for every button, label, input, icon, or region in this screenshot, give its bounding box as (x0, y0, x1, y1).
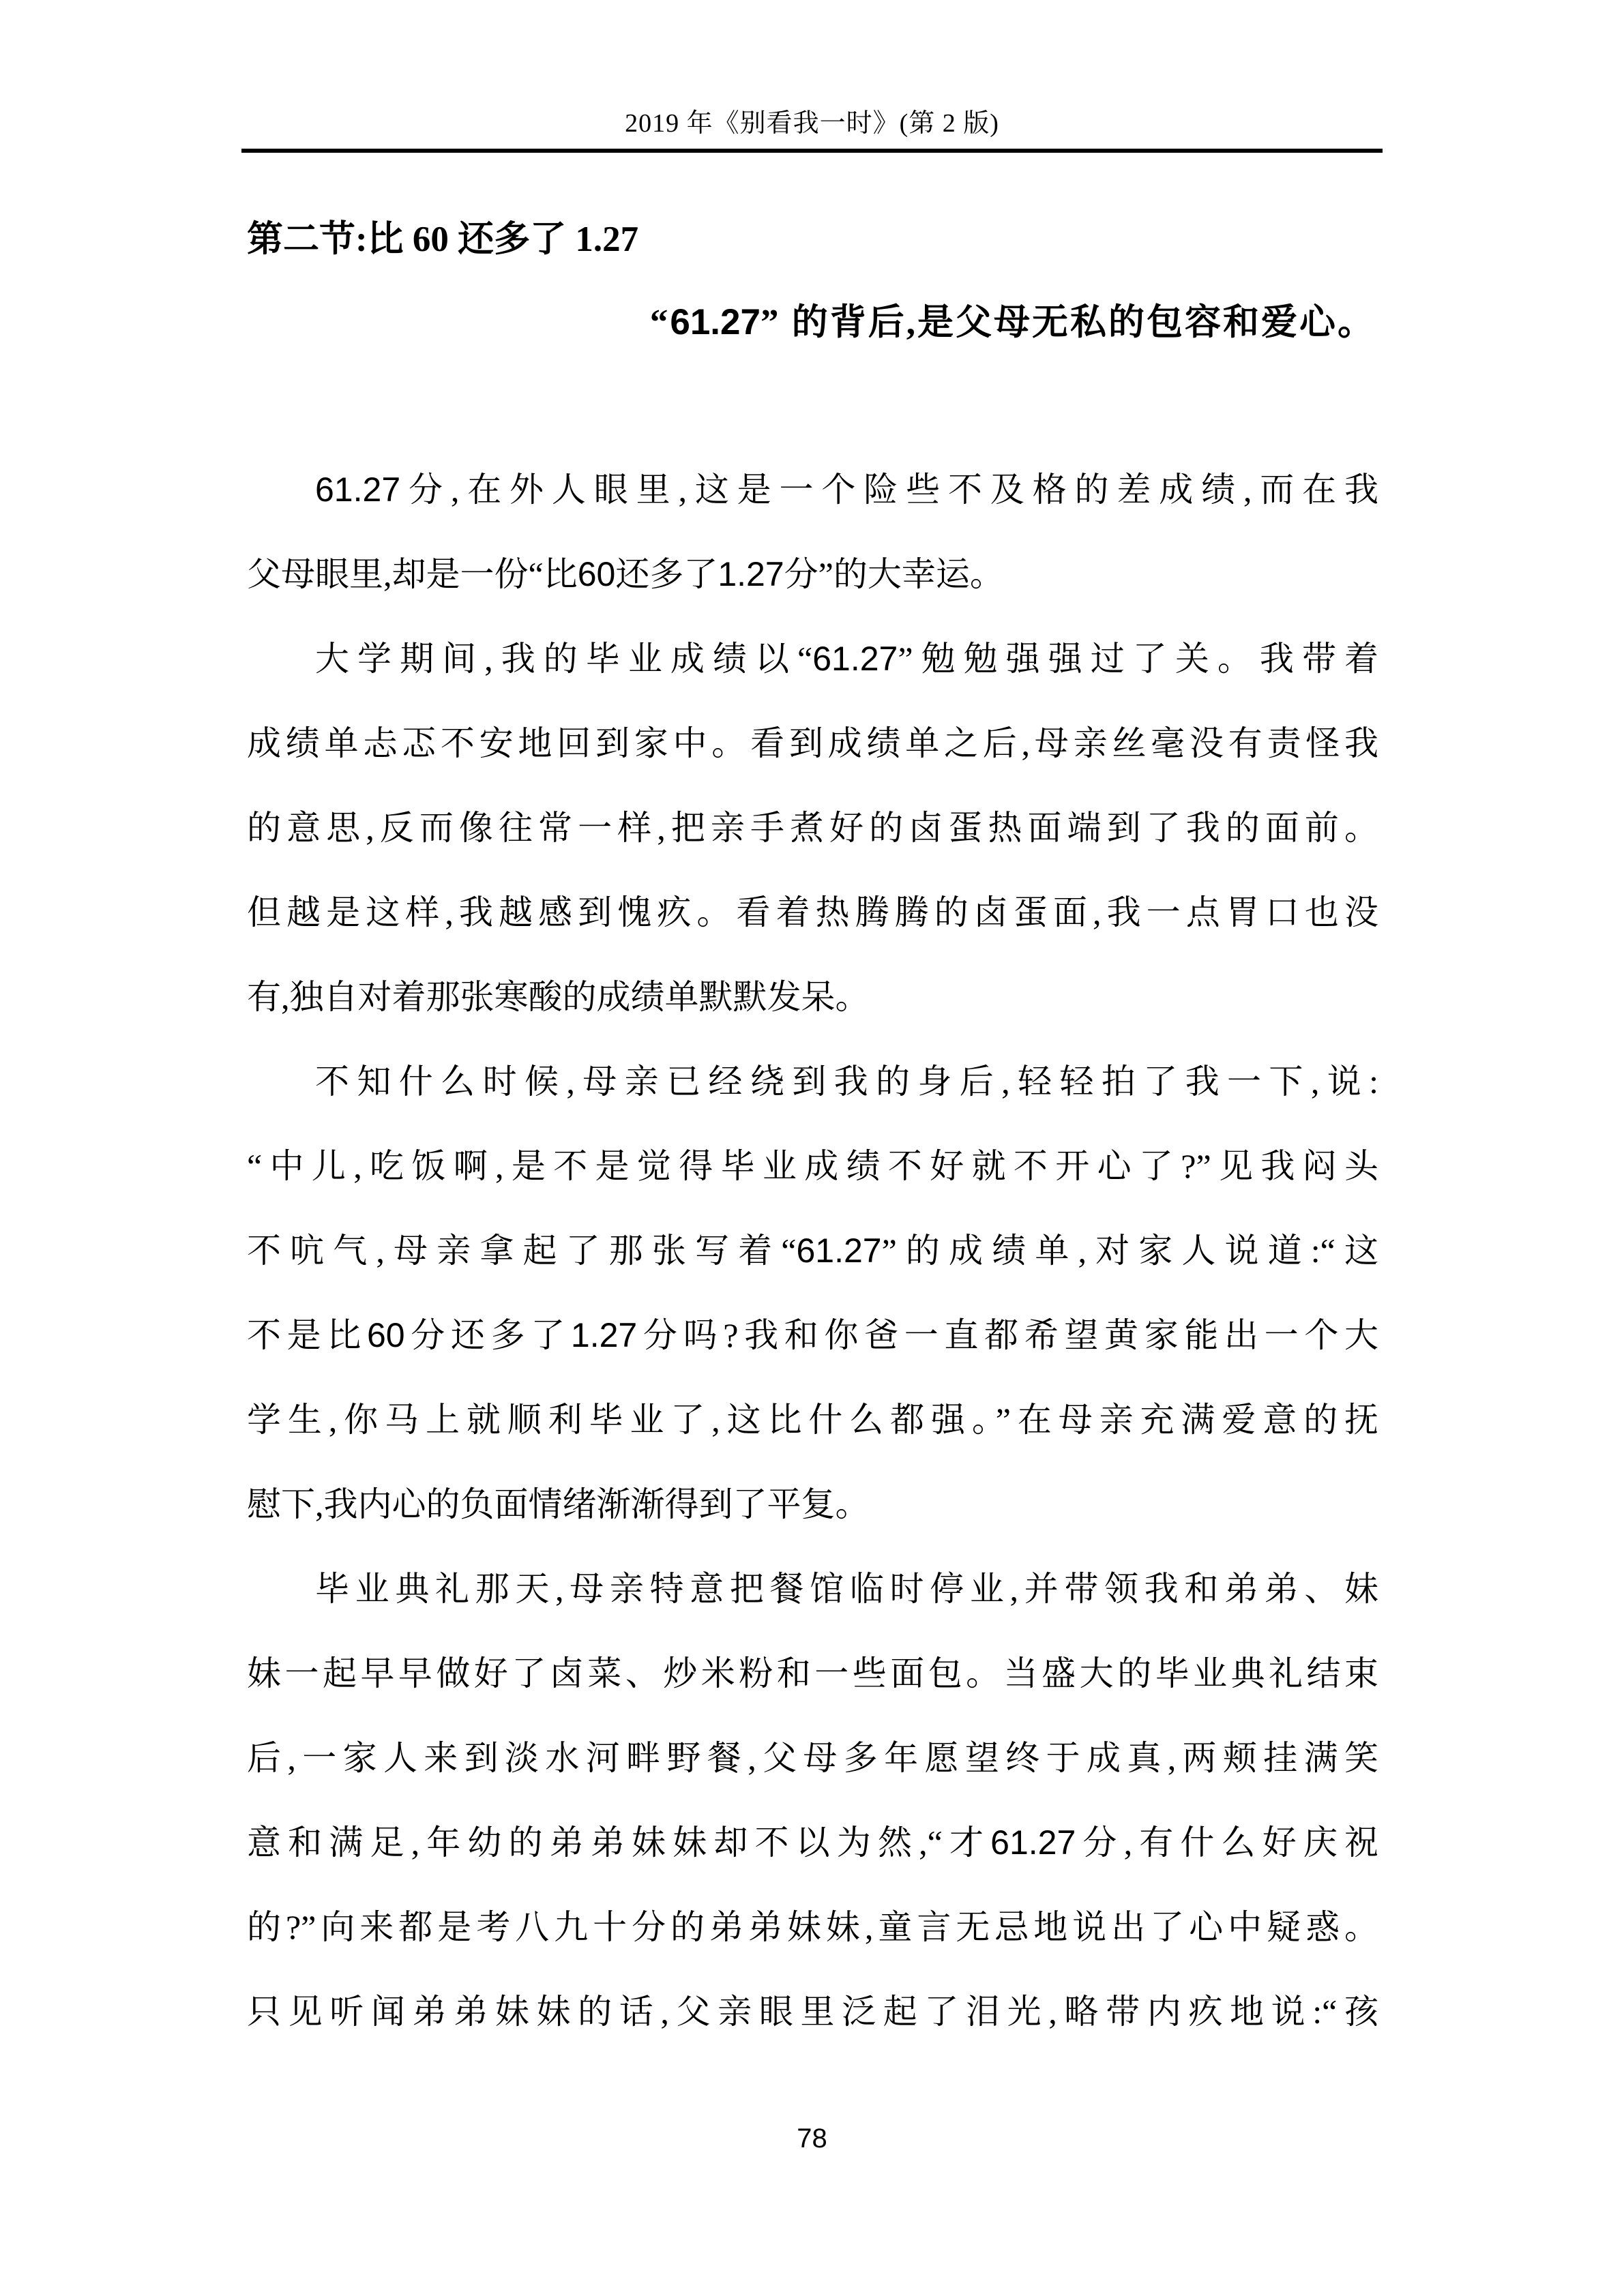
body-line: 学生,你马上就顺利毕业了,这比什么都强。”在母亲充满爱意的抚 (247, 1377, 1378, 1462)
body-line: 不知什么时候,母亲已经绕到我的身后,轻轻拍了我一下,说: (247, 1039, 1378, 1124)
body-line: “中儿,吃饭啊,是不是觉得毕业成绩不好就不开心了?”见我闷头 (247, 1124, 1378, 1208)
body-line: 但越是这样,我越感到愧疚。看着热腾腾的卤蛋面,我一点胃口也没 (247, 870, 1378, 955)
section-title: 第二节:比 60 还多了 1.27 (247, 218, 1382, 260)
body-line: 不吭气,母亲拿起了那张写着“61.27”的成绩单,对家人说道:“这 (247, 1208, 1378, 1293)
body-line: 61.27分,在外人眼里,这是一个险些不及格的差成绩,而在我 (247, 447, 1378, 532)
body-line: 的?”向来都是考八九十分的弟弟妹妹,童言无忌地说出了心中疑惑。 (247, 1885, 1378, 1969)
inline-number: 61.27 (796, 1232, 881, 1270)
body-line: 慰下,我内心的负面情绪渐渐得到了平复。 (247, 1462, 1378, 1547)
body-line: 的意思,反而像往常一样,把亲手煮好的卤蛋热面端到了我的面前。 (247, 786, 1378, 870)
inline-number: 60 (367, 1316, 405, 1354)
body-text: 61.27分,在外人眼里,这是一个险些不及格的差成绩,而在我父母眼里,却是一份“… (247, 447, 1378, 2054)
inline-number: 61.27 (812, 640, 898, 678)
body-line: 父母眼里,却是一份“比60还多了1.27分”的大幸运。 (247, 532, 1378, 616)
calligraphy-quote: “61.27” 的背后,是父母无私的包容和爱心。 (247, 300, 1376, 345)
page-number: 78 (0, 2122, 1624, 2155)
inline-number: 61.27 (315, 471, 400, 509)
inline-number: 61.27 (670, 302, 761, 342)
document-page: 2019 年《别看我一时》(第 2 版) 第二节:比 60 还多了 1.27 “… (0, 0, 1624, 2296)
inline-number: 1.27 (718, 555, 784, 593)
body-line: 有,独自对着那张寒酸的成绩单默默发呆。 (247, 955, 1378, 1039)
body-line: 只见听闻弟弟妹妹的话,父亲眼里泛起了泪光,略带内疚地说:“孩 (247, 1969, 1378, 2054)
body-line: 毕业典礼那天,母亲特意把餐馆临时停业,并带领我和弟弟、妹 (247, 1547, 1378, 1631)
body-line: 意和满足,年幼的弟弟妹妹却不以为然,“才61.27分,有什么好庆祝 (247, 1800, 1378, 1885)
running-header: 2019 年《别看我一时》(第 2 版) (242, 108, 1382, 139)
inline-number: 1.27 (571, 1316, 637, 1354)
body-line: 不是比60分还多了1.27分吗?我和你爸一直都希望黄家能出一个大 (247, 1293, 1378, 1377)
inline-number: 61.27 (990, 1823, 1076, 1862)
body-line: 大学期间,我的毕业成绩以“61.27”勉勉强强过了关。我带着 (247, 616, 1378, 701)
inline-number: 60 (578, 555, 616, 593)
body-line: 成绩单忐忑不安地回到家中。看到成绩单之后,母亲丝毫没有责怪我 (247, 701, 1378, 786)
header-rule (241, 149, 1383, 153)
body-line: 妹一起早早做好了卤菜、炒米粉和一些面包。当盛大的毕业典礼结束 (247, 1631, 1378, 1716)
body-line: 后,一家人来到淡水河畔野餐,父母多年愿望终于成真,两颊挂满笑 (247, 1716, 1378, 1800)
document-page-background: { "colors": { "text": "#000000", "backgr… (0, 0, 1624, 2296)
